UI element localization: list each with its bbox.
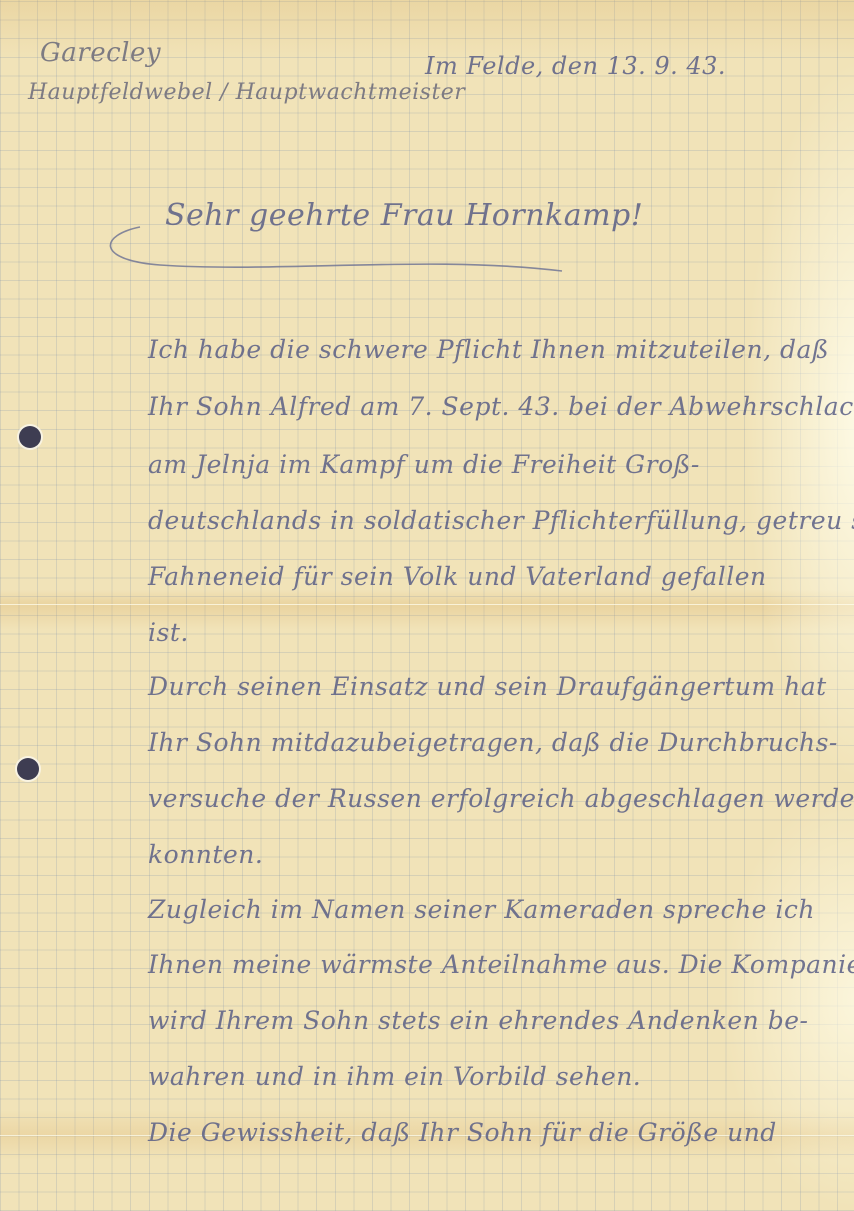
punch-hole [19, 426, 41, 448]
sender-name: Garecley [40, 38, 161, 68]
letter-line: Die Gewissheit, daß Ihr Sohn für die Grö… [148, 1118, 777, 1147]
letter-line: wird Ihrem Sohn stets ein ehrendes Anden… [148, 1006, 808, 1035]
letter-line: am Jelnja im Kampf um die Freiheit Groß- [148, 450, 700, 479]
letter-line: Zugleich im Namen seiner Kameraden sprec… [148, 895, 815, 924]
salutation-underline-flourish [100, 215, 570, 275]
letter-line: Ihr Sohn Alfred am 7. Sept. 43. bei der … [148, 392, 854, 421]
paper-fold-line [0, 604, 854, 605]
letter-line: wahren und in ihm ein Vorbild sehen. [148, 1062, 641, 1091]
letter-line: Ihr Sohn mitdazubeigetragen, daß die Dur… [148, 728, 838, 757]
place-and-date: Im Felde, den 13. 9. 43. [425, 52, 726, 80]
letter-line: versuche der Russen erfolgreich abgeschl… [148, 784, 854, 813]
letter-line: ist. [148, 618, 189, 647]
letter-line: Ich habe die schwere Pflicht Ihnen mitzu… [148, 335, 829, 364]
letter-line: Ihnen meine wärmste Anteilnahme aus. Die… [148, 950, 854, 979]
letter-line: deutschlands in soldatischer Pflichterfü… [148, 506, 854, 535]
punch-hole [17, 758, 39, 780]
letter-line: Durch seinen Einsatz und sein Draufgänge… [148, 672, 827, 701]
letter-line: Fahneneid für sein Volk und Vaterland ge… [148, 562, 767, 591]
sender-title: Hauptfeldwebel / Hauptwachtmeister [28, 80, 465, 105]
letter-line: konnten. [148, 840, 263, 869]
